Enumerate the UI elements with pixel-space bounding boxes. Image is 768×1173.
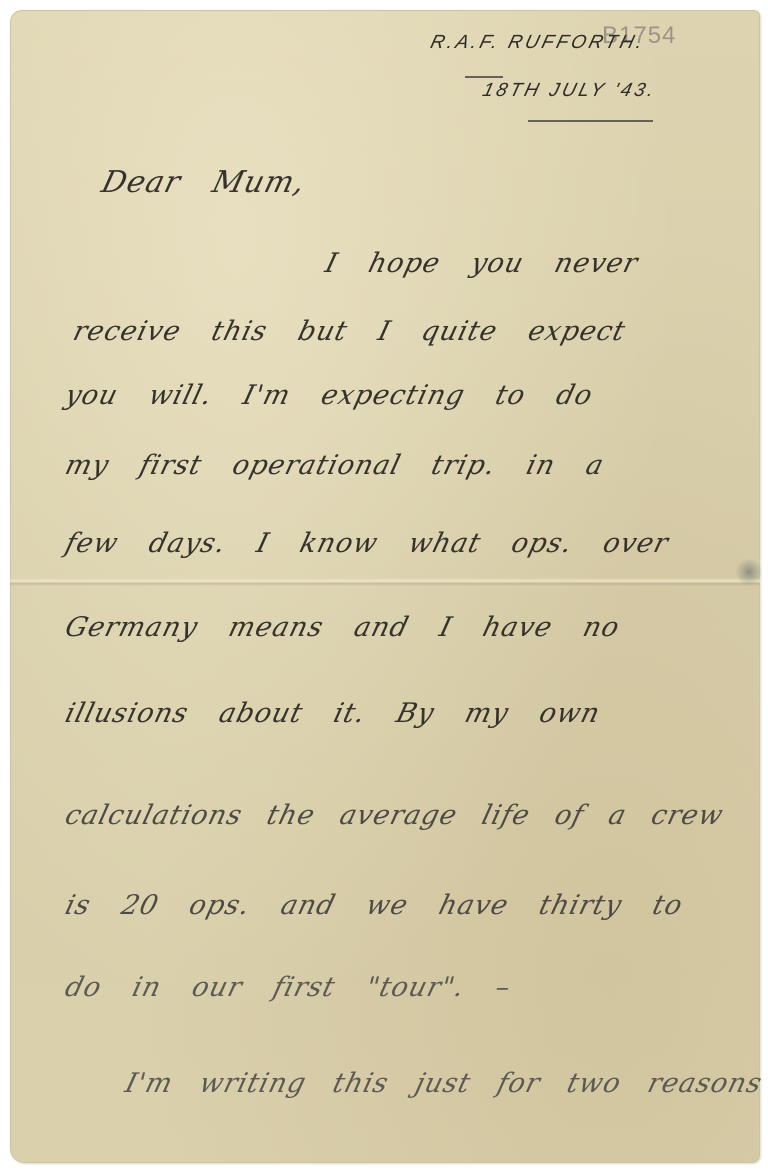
body-line-7: illusions about it. By my own	[62, 698, 604, 729]
body-line-8: calculations the average life of a crew	[62, 800, 727, 831]
body-line-11: I'm writing this just for two reasons	[122, 1068, 766, 1099]
body-line-10: do in our first "tour". –	[62, 972, 514, 1003]
letter-page: B1754 R.A.F. RUFFORTH. 18TH JULY '43. De…	[10, 10, 760, 1163]
body-line-1: I hope you never	[322, 248, 641, 279]
body-line-6: Germany means and I have no	[62, 612, 623, 643]
header-rule-underline	[528, 120, 653, 122]
paper-fold-crease	[10, 578, 760, 586]
header-rule-short	[465, 76, 503, 78]
header-date: 18TH JULY '43.	[480, 80, 659, 102]
salutation: Dear Mum,	[98, 165, 309, 200]
ink-stain	[735, 558, 763, 586]
body-line-3: you will. I'm expecting to do	[62, 380, 596, 411]
body-line-4: my first operational trip. in a	[62, 450, 608, 481]
body-line-9: is 20 ops. and we have thirty to	[62, 890, 686, 921]
body-line-2: receive this but I quite expect	[70, 316, 629, 347]
body-line-5: few days. I know what ops. over	[62, 528, 672, 559]
header-location: R.A.F. RUFFORTH.	[428, 32, 648, 54]
